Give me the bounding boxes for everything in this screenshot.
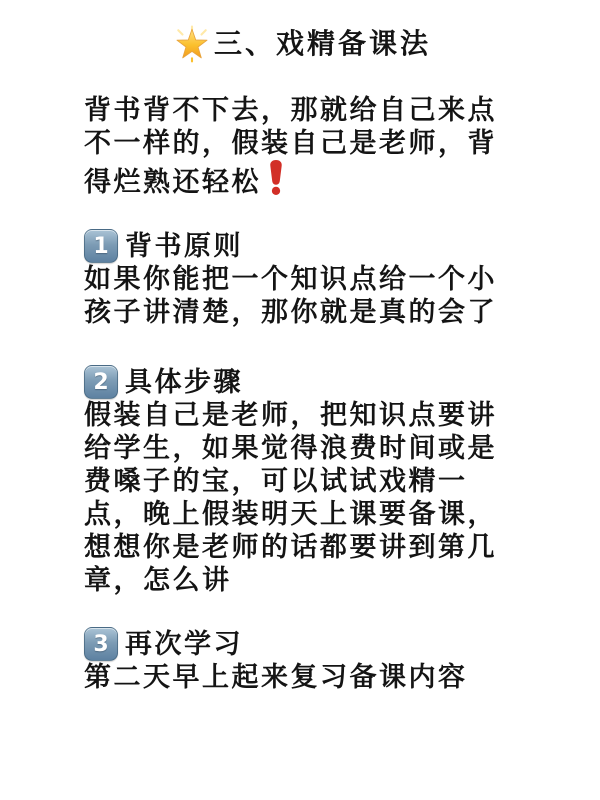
section-2-heading-row: 2 具体步骤	[84, 365, 550, 399]
section-2-body: 假装自己是老师，把知识点要讲 给学生，如果觉得浪费时间或是 费嗓子的宝，可以试试…	[84, 399, 550, 597]
section-1-body: 如果你能把一个知识点给一个小 孩子讲清楚，那你就是真的会了	[84, 263, 550, 329]
section-1: 1 背书原则 如果你能把一个知识点给一个小 孩子讲清楚，那你就是真的会了	[84, 229, 550, 329]
page-title-text: 三、戏精备课法	[214, 24, 431, 64]
section-2: 2 具体步骤 假装自己是老师，把知识点要讲 给学生，如果觉得浪费时间或是 费嗓子…	[84, 365, 550, 597]
section-3-heading-row: 3 再次学习	[84, 627, 550, 661]
body-line: 想想你是老师的话都要讲到第几	[84, 531, 550, 564]
section-1-heading: 背书原则	[125, 230, 243, 263]
intro-line-text: 得烂熟还轻松	[84, 167, 261, 198]
intro-line: 不一样的，假装自己是老师，背	[84, 127, 550, 160]
section-2-heading: 具体步骤	[125, 366, 243, 399]
intro-line: 背书背不下去，那就给自己来点	[84, 94, 550, 127]
page-title: 三、戏精备课法	[54, 24, 550, 64]
body-line: 费嗓子的宝，可以试试戏精一	[84, 465, 550, 498]
body-line: 假装自己是老师，把知识点要讲	[84, 399, 550, 432]
keycap-2-icon: 2	[84, 365, 118, 399]
note-page: 三、戏精备课法 背书背不下去，那就给自己来点 不一样的，假装自己是老师，背 得烂…	[0, 0, 600, 800]
keycap-3-icon: 3	[84, 627, 118, 661]
body-line: 点，晚上假装明天上课要备课，	[84, 498, 550, 531]
glowing-star-icon	[173, 25, 211, 63]
section-1-heading-row: 1 背书原则	[84, 229, 550, 263]
red-exclamation-icon	[268, 160, 284, 203]
intro-paragraph: 背书背不下去，那就给自己来点 不一样的，假装自己是老师，背 得烂熟还轻松	[84, 94, 550, 203]
intro-line: 得烂熟还轻松	[84, 160, 550, 203]
body-line: 第二天早上起来复习备课内容	[84, 661, 550, 694]
section-3-heading: 再次学习	[125, 628, 243, 661]
body-line: 如果你能把一个知识点给一个小	[84, 263, 550, 296]
body-line: 孩子讲清楚，那你就是真的会了	[84, 296, 550, 329]
body-line: 章，怎么讲	[84, 564, 550, 597]
section-3-body: 第二天早上起来复习备课内容	[84, 661, 550, 694]
body-line: 给学生，如果觉得浪费时间或是	[84, 432, 550, 465]
section-3: 3 再次学习 第二天早上起来复习备课内容	[84, 627, 550, 694]
keycap-1-icon: 1	[84, 229, 118, 263]
